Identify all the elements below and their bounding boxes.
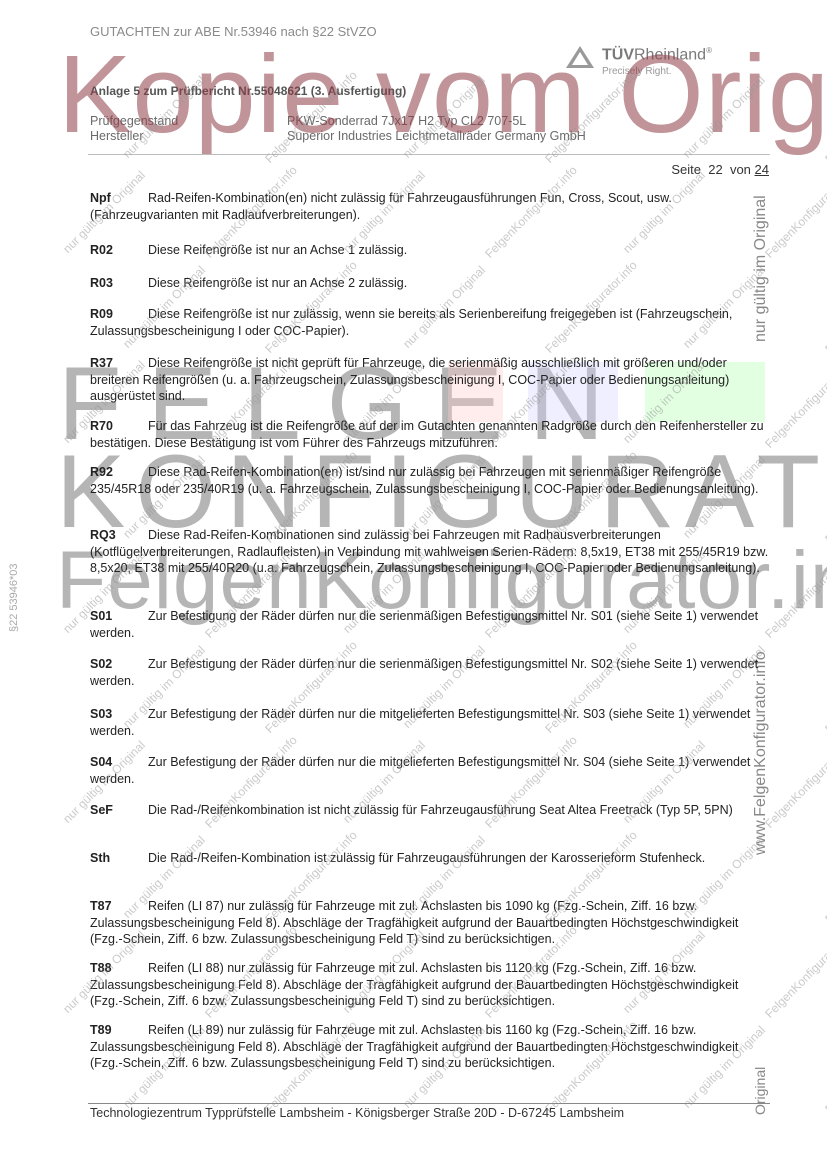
condition-entry: R37Diese Reifengröße ist nicht geprüft f… (90, 355, 770, 405)
page-number: Seite 22 von 24 (671, 162, 769, 177)
condition-text: Diese Reifengröße ist nur an Achse 2 zul… (148, 276, 407, 290)
condition-code: T89 (90, 1022, 148, 1039)
condition-code: R02 (90, 242, 148, 259)
header-divider (88, 154, 770, 155)
condition-code: R70 (90, 418, 148, 435)
condition-text: Reifen (LI 89) nur zulässig für Fahrzeug… (90, 1023, 738, 1070)
diagonal-watermark: nur gültig im Original (681, 73, 769, 161)
diagonal-watermark: FelgenKonfigurator.info (763, 923, 827, 1021)
condition-text: Zur Befestigung der Räder dürfen nur die… (90, 755, 750, 786)
diagonal-watermark: FelgenKonfigurator.info (763, 353, 827, 451)
condition-code: R03 (90, 275, 148, 292)
condition-entry: T87Reifen (LI 87) nur zulässig für Fahrz… (90, 898, 770, 948)
condition-entry: S03Zur Befestigung der Räder dürfen nur … (90, 706, 770, 739)
condition-entry: S02Zur Befestigung der Räder dürfen nur … (90, 656, 770, 689)
condition-text: Diese Reifengröße ist nur an Achse 1 zul… (148, 243, 407, 257)
condition-code: Npf (90, 190, 148, 207)
condition-entry: SthDie Rad-/Reifen-Kombination ist zuläs… (90, 850, 770, 867)
condition-text: Für das Fahrzeug ist die Reifengröße auf… (90, 419, 764, 450)
condition-text: Diese Reifengröße ist nur zulässig, wenn… (90, 307, 732, 338)
condition-code: S03 (90, 706, 148, 723)
condition-code: S04 (90, 754, 148, 771)
condition-text: Diese Reifengröße ist nicht geprüft für … (90, 356, 729, 403)
annex-line: Anlage 5 zum Prüfbericht Nr.55048621 (3.… (90, 84, 406, 98)
tuv-triangle-icon (566, 46, 594, 68)
diagonal-watermark: FelgenKonfigurator.info (823, 68, 827, 166)
condition-text: Die Rad-/Reifen-Kombination ist zulässig… (148, 851, 705, 865)
condition-entry: T89Reifen (LI 89) nur zulässig für Fahrz… (90, 1022, 770, 1072)
condition-code: S02 (90, 656, 148, 673)
condition-text: Diese Rad-Reifen-Kombinationen sind zulä… (90, 528, 768, 575)
field-label-pruefgegenstand: Prüfgegenstand (90, 114, 178, 128)
field-value-pruefgegenstand: PKW-Sonderrad 7Jx17 H2 Typ CL2 707-5L (287, 114, 526, 128)
diagonal-watermark: FelgenKonfigurator.info (763, 733, 827, 831)
condition-code: T87 (90, 898, 148, 915)
field-value-hersteller: Superior Industries Leichtmetallräder Ge… (287, 129, 586, 143)
diagonal-watermark: FelgenKonfigurator.info (763, 543, 827, 641)
footer-address: Technologiezentrum Typprüfstelle Lambshe… (90, 1106, 624, 1120)
tuv-logo: TÜVRheinland® Precisely Right. (566, 44, 736, 86)
document-page: FELGEN KONFIGURATOR FelgenKonfigurator.i… (0, 0, 827, 1170)
condition-entry: R03Diese Reifengröße ist nur an Achse 2 … (90, 275, 770, 292)
logo-brand: TÜVRheinland® (602, 46, 712, 64)
condition-entry: S04Zur Befestigung der Räder dürfen nur … (90, 754, 770, 787)
condition-entry: S01Zur Befestigung der Räder dürfen nur … (90, 608, 770, 641)
condition-entry: SeFDie Rad-/Reifenkombination ist nicht … (90, 802, 770, 819)
diagonal-watermark: FelgenKonfigurator.info (823, 638, 827, 736)
condition-entry: R02Diese Reifengröße ist nur an Achse 1 … (90, 242, 770, 259)
condition-text: Diese Rad-Reifen-Kombination(en) ist/sin… (90, 465, 758, 496)
condition-entry: NpfRad-Reifen-Kombination(en) nicht zulä… (90, 190, 770, 223)
condition-text: Rad-Reifen-Kombination(en) nicht zulässi… (90, 191, 672, 222)
condition-entry: RQ3Diese Rad-Reifen-Kombinationen sind z… (90, 527, 770, 577)
condition-text: Reifen (LI 88) nur zulässig für Fahrzeug… (90, 961, 738, 1008)
diagonal-watermark: FelgenKonfigurator.info (823, 448, 827, 546)
condition-text: Reifen (LI 87) nur zulässig für Fahrzeug… (90, 899, 738, 946)
condition-text: Zur Befestigung der Räder dürfen nur die… (90, 707, 750, 738)
condition-entry: R92Diese Rad-Reifen-Kombination(en) ist/… (90, 464, 770, 497)
condition-code: R92 (90, 464, 148, 481)
side-watermark-original-bottom: Original (752, 1067, 768, 1115)
condition-code: R37 (90, 355, 148, 372)
condition-text: Zur Befestigung der Räder dürfen nur die… (90, 609, 758, 640)
condition-text: Zur Befestigung der Räder dürfen nur die… (90, 657, 758, 688)
condition-entry: R70Für das Fahrzeug ist die Reifengröße … (90, 418, 770, 451)
condition-code: S01 (90, 608, 148, 625)
document-title: GUTACHTEN zur ABE Nr.53946 nach §22 StVZ… (90, 24, 377, 39)
condition-code: SeF (90, 802, 148, 819)
condition-entry: T88Reifen (LI 88) nur zulässig für Fahrz… (90, 960, 770, 1010)
side-reference-number: §22 53946*03 (8, 563, 20, 632)
diagonal-watermark: FelgenKonfigurator.info (823, 258, 827, 356)
field-label-hersteller: Hersteller (90, 129, 144, 143)
diagonal-watermark: FelgenKonfigurator.info (823, 828, 827, 926)
condition-text: Die Rad-/Reifenkombination ist nicht zul… (148, 803, 733, 817)
condition-entry: R09Diese Reifengröße ist nur zulässig, w… (90, 306, 770, 339)
diagonal-watermark: FelgenKonfigurator.info (823, 1018, 827, 1116)
condition-code: Sth (90, 850, 148, 867)
condition-code: T88 (90, 960, 148, 977)
condition-code: R09 (90, 306, 148, 323)
footer-divider (88, 1103, 770, 1104)
condition-code: RQ3 (90, 527, 148, 544)
logo-tagline: Precisely Right. (602, 66, 671, 77)
diagonal-watermark: FelgenKonfigurator.info (763, 163, 827, 261)
